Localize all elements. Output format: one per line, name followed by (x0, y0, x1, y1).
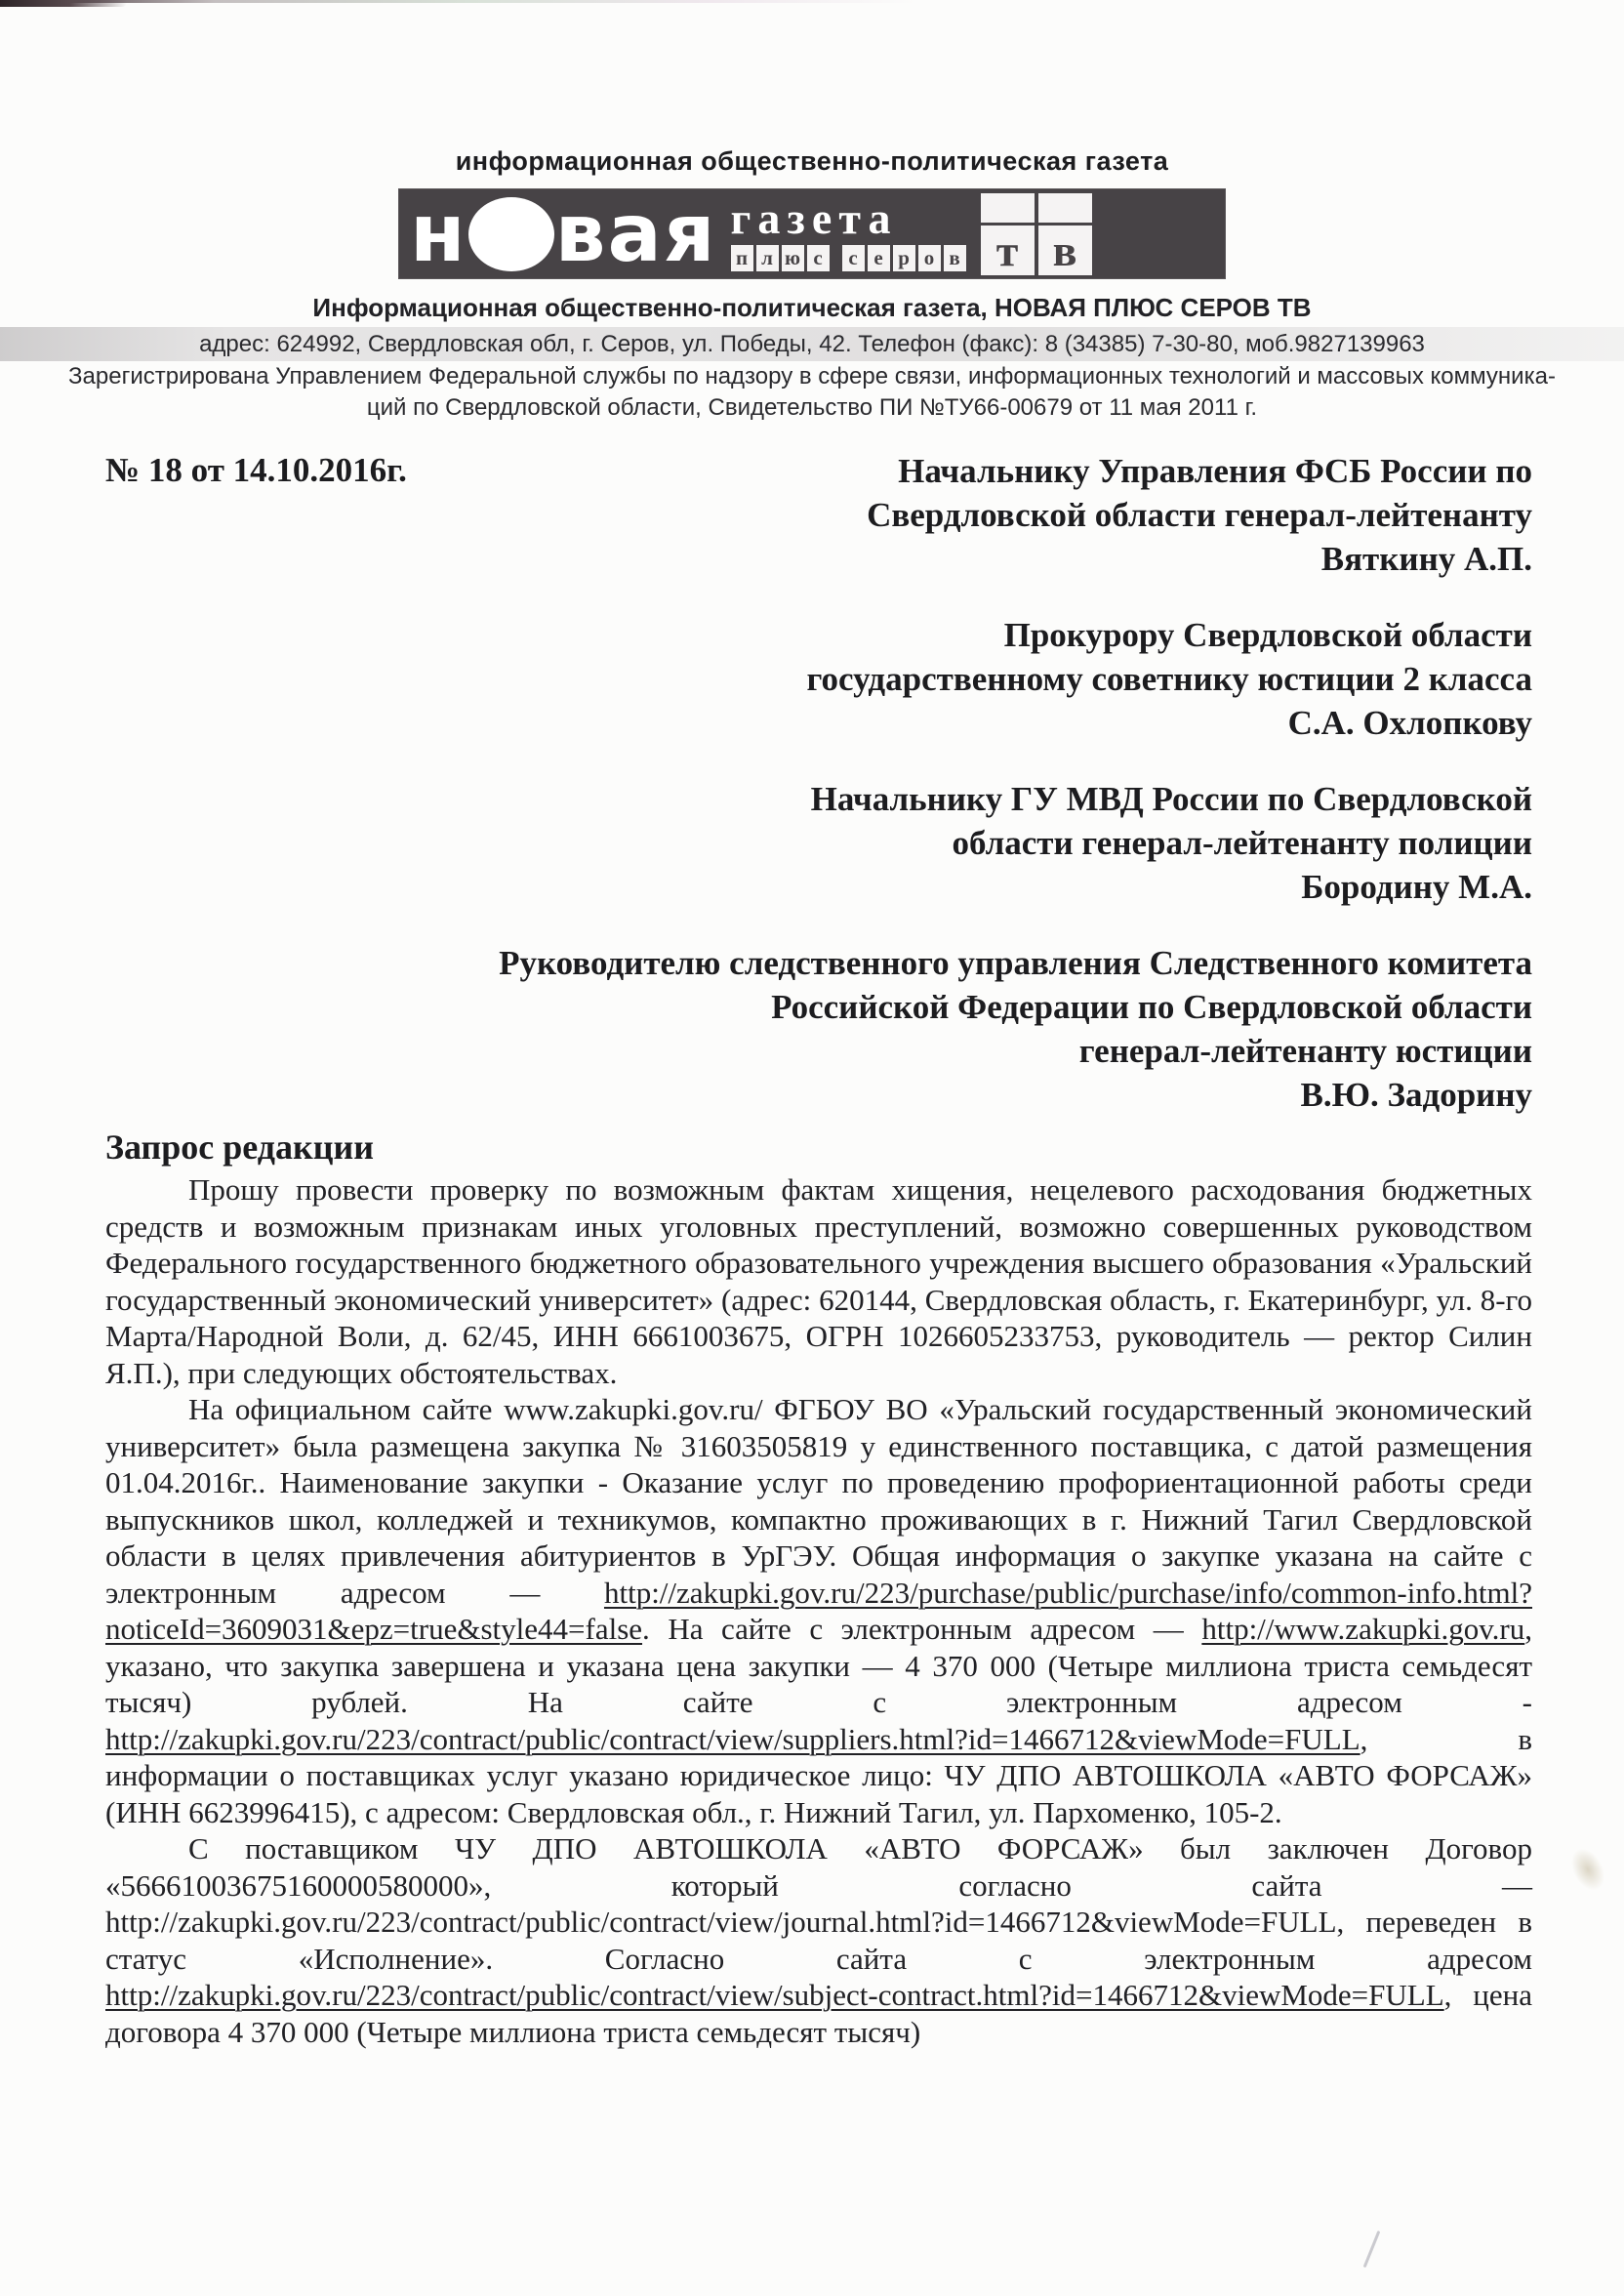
recipient-line: Начальнику ГУ МВД России по Свердловской (0, 777, 1532, 821)
logo-tile-gap (832, 245, 842, 271)
masthead-info-line: Информационная общественно-политическая … (0, 293, 1624, 323)
newspaper-masthead: информационная общественно-политическая … (0, 0, 1624, 424)
logo-oval-o (468, 197, 554, 271)
recipient-line: области генерал-лейтенанту полиции (0, 821, 1532, 865)
logo-tile: с (842, 245, 865, 271)
url-text: http://zakupki.gov.ru/223/contract/publi… (105, 1722, 1360, 1756)
logo-tile: о (918, 245, 941, 271)
scan-pen-mark-artifact (1363, 2231, 1381, 2268)
logo-middle-column: газета п л ю с с е р о в (731, 196, 969, 271)
recipients-section: № 18 от 14.10.2016г. Начальнику Управлен… (0, 449, 1624, 1117)
logo-tv-letter-t: т (996, 226, 1019, 275)
recipient-line: Руководителю следственного управления Сл… (0, 941, 1532, 985)
logo-tile: п (731, 245, 753, 271)
logo-tile: р (893, 245, 915, 271)
url-text: http://zakupki.gov.ru/223/contract/publi… (105, 1978, 1444, 2012)
body-paragraph-3: С поставщиком ЧУ ДПО АВТОШКОЛА «АВТО ФОР… (105, 1830, 1532, 2050)
logo-letter-n: н (410, 194, 467, 274)
recipient-line: В.Ю. Задорину (0, 1073, 1532, 1117)
logo-tile: с (807, 245, 830, 271)
masthead-address-line: адрес: 624992, Свердловская обл, г. Серо… (0, 327, 1624, 361)
recipient-line: С.А. Охлопкову (0, 701, 1532, 745)
newspaper-logo: нвая газета п л ю с с е р о в т в (398, 188, 1226, 279)
logo-tile: в (944, 245, 966, 271)
recipient-line: Вяткину А.П. (0, 537, 1532, 581)
logo-tile: е (868, 245, 890, 271)
masthead-tagline: информационная общественно-политическая … (0, 146, 1624, 177)
recipient-line: Российской Федерации по Свердловской обл… (0, 985, 1532, 1029)
logo-word-novaya: нвая (410, 194, 717, 274)
document-number-date: № 18 от 14.10.2016г. (105, 451, 407, 490)
recipient-line: Прокурору Свердловской области (0, 613, 1532, 657)
logo-letters-vaya: вая (555, 194, 717, 274)
logo-tile: л (756, 245, 779, 271)
masthead-registration-line2: ций по Свердловской области, Свидетельст… (0, 392, 1624, 424)
body-paragraph-2: На официальном сайте www.zakupki.gov.ru/… (105, 1391, 1532, 1830)
recipient-line: Свердловской области генерал-лейтенанту (0, 493, 1532, 537)
logo-tv-block: т в (981, 193, 1096, 275)
recipient-investigative-committee: Руководителю следственного управления Сл… (0, 941, 1532, 1117)
scan-edge-artifact (0, 0, 917, 3)
recipient-line: Бородину М.А. (0, 865, 1532, 909)
url-text: http://www.zakupki.gov.ru (1201, 1612, 1524, 1646)
request-heading: Запрос редакции (105, 1127, 1624, 1168)
recipients-column: Начальнику Управления ФСБ России по Свер… (0, 449, 1624, 1117)
logo-plus-serov-tiles: п л ю с с е р о в (731, 245, 969, 271)
masthead-registration-line1: Зарегистрирована Управлением Федеральной… (0, 361, 1624, 392)
logo-tv-cell: в (1038, 193, 1092, 275)
recipient-line: государственному советнику юстиции 2 кла… (0, 657, 1532, 701)
scan-corner-artifact (0, 0, 127, 7)
body-paragraph-1: Прошу провести проверку по возможным фак… (105, 1171, 1532, 1391)
recipient-mvd: Начальнику ГУ МВД России по Свердловской… (0, 777, 1532, 909)
scan-smudge-artifact (1564, 1843, 1611, 1897)
letter-body: Прошу провести проверку по возможным фак… (105, 1171, 1532, 2050)
logo-tile: ю (782, 245, 804, 271)
body-text: Прошу провести проверку по возможным фак… (105, 1172, 1532, 1390)
logo-tv-letter-v: в (1053, 226, 1077, 275)
logo-tv-cell: т (981, 193, 1035, 275)
logo-word-gazeta: газета (731, 196, 898, 241)
recipient-prosecutor: Прокурору Свердловской области государст… (0, 613, 1532, 745)
recipient-line: генерал-лейтенанту юстиции (0, 1029, 1532, 1073)
scanned-letter-page: информационная общественно-политическая … (0, 0, 1624, 2296)
body-text: . На сайте с электронным адресом — (642, 1612, 1201, 1646)
body-text: С поставщиком ЧУ ДПО АВТОШКОЛА «АВТО ФОР… (105, 1831, 1532, 1976)
